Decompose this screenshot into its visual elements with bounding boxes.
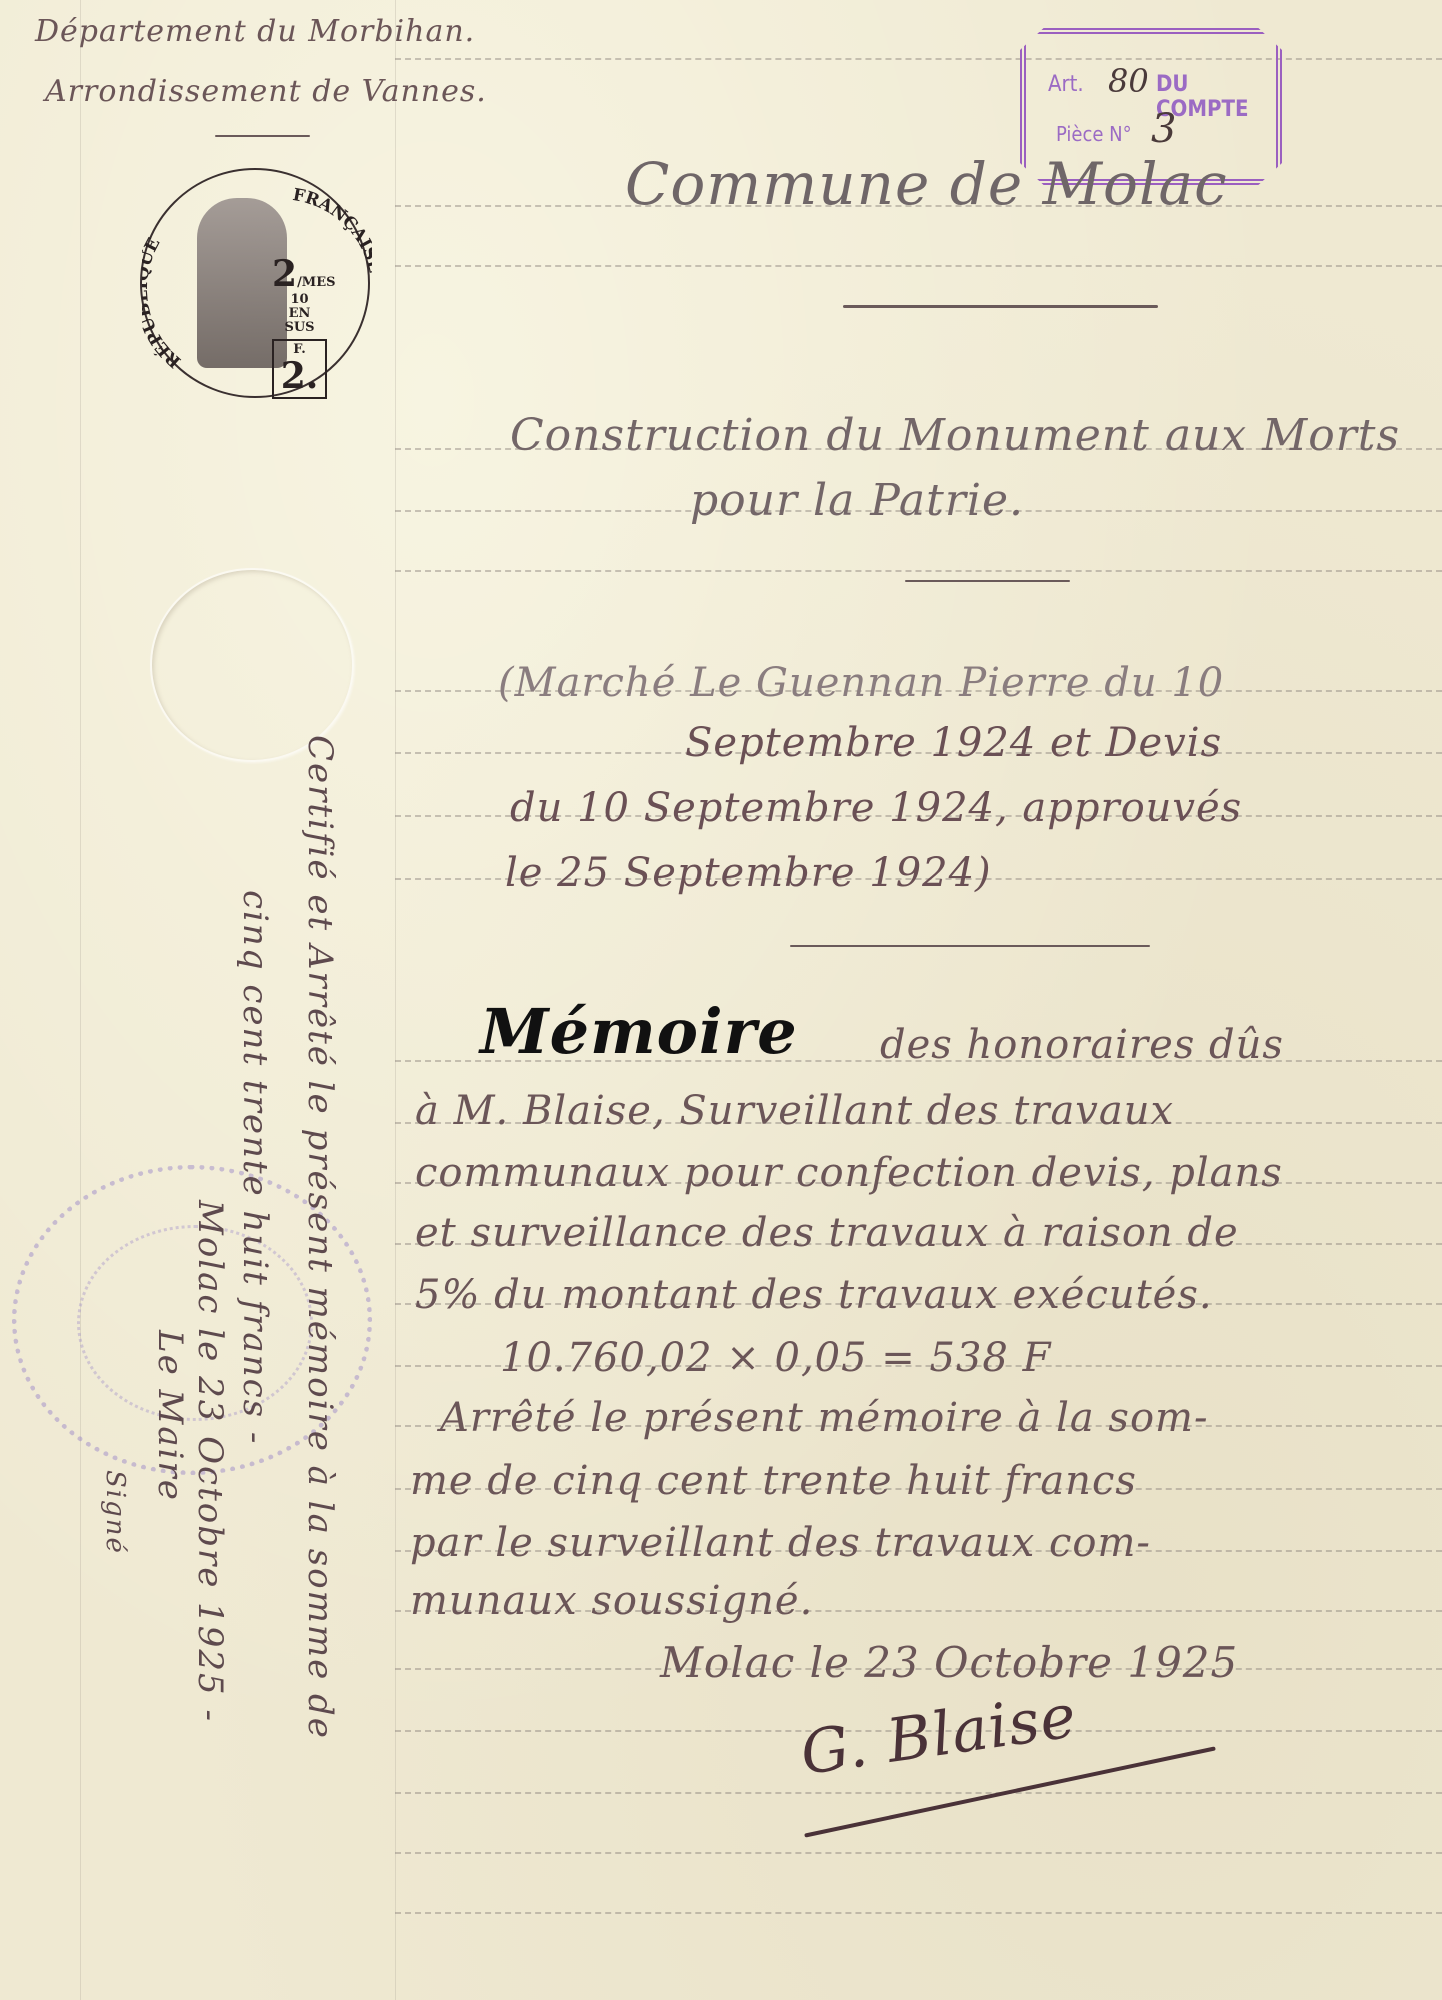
margin-annotation-line-5: Signé — [100, 1470, 130, 1555]
margin-annotation-line-4: Le Maire — [150, 1330, 190, 1502]
stamp-republique: RÉPUBLIQUE — [142, 235, 185, 372]
arrete-line-3: par le surveillant des travaux com- — [410, 1520, 1151, 1566]
reference-line-2: Septembre 1924 et Devis — [685, 720, 1222, 766]
memoire-line-2: communaux pour confection devis, plans — [415, 1150, 1283, 1196]
margin-annotation-line-2: cinq cent trente huit francs - — [235, 890, 275, 1445]
calculation: 10.760,02 × 0,05 = 538 F — [500, 1335, 1051, 1381]
arrete-line-4: munaux soussigné. — [410, 1578, 813, 1624]
ruled-line — [395, 570, 1442, 572]
ruled-line — [395, 1792, 1442, 1794]
svg-text:RÉPUBLIQUE: RÉPUBLIQUE — [142, 235, 185, 372]
separator — [843, 305, 1158, 308]
ruled-line — [395, 1852, 1442, 1854]
memoire-title: Mémoire — [480, 995, 798, 1068]
ruled-line — [395, 265, 1442, 267]
fiscal-stamp: RÉPUBLIQUE FRANÇAISE 2/MES 10 EN SUS F. … — [140, 168, 370, 398]
separator — [905, 580, 1070, 582]
stamp-decimes: 2 — [272, 253, 297, 295]
stamp-piece-number: 3 — [1151, 106, 1176, 152]
subject-line-1: Construction du Monument aux Morts — [510, 410, 1400, 461]
stamp-en-sus: EN SUS — [272, 307, 327, 335]
stamp-art-label: Art. — [1048, 72, 1084, 97]
reference-line-1: (Marché Le Guennan Pierre du 10 — [498, 660, 1224, 706]
signature: G. Blaise — [796, 1681, 1081, 1789]
reference-line-3: du 10 Septembre 1924, approuvés — [510, 785, 1242, 831]
ruled-line — [395, 58, 1442, 60]
ruled-line — [395, 1912, 1442, 1914]
stamp-piece-label: Pièce N° — [1056, 122, 1132, 146]
stamp-value-box: 2/MES 10 EN SUS F. 2. — [272, 255, 327, 399]
commune-title: Commune de Molac — [625, 150, 1228, 218]
arrondissement-heading: Arrondissement de Vannes. — [45, 74, 487, 109]
margin-line — [80, 0, 81, 2000]
arrete-line-1: Arrêté le présent mémoire à la som- — [440, 1395, 1208, 1441]
embossed-seal — [150, 568, 354, 762]
stamp-franc-value: 2. — [274, 357, 325, 395]
place-date: Molac le 23 Octobre 1925 — [660, 1638, 1238, 1687]
reference-line-4: le 25 Septembre 1924) — [505, 850, 992, 896]
memoire-line-3: et surveillance des travaux à raison de — [415, 1210, 1239, 1256]
separator — [215, 135, 310, 137]
memoire-line-0: des honoraires dûs — [880, 1022, 1284, 1068]
margin-annotation-line-1: Certifié et Arrêté le présent mémoire à … — [300, 735, 340, 1740]
arrete-line-2: me de cinq cent trente huit francs — [410, 1458, 1137, 1504]
memoire-line-4: 5% du montant des travaux exécutés. — [415, 1272, 1213, 1318]
subject-line-2: pour la Patrie. — [690, 475, 1024, 526]
stamp-decimes-suffix: /MES — [297, 275, 335, 290]
memoire-line-1: à M. Blaise, Surveillant des travaux — [415, 1088, 1174, 1134]
department-heading: Département du Morbihan. — [35, 14, 475, 49]
margin-annotation-line-3: Molac le 23 Octobre 1925 - — [190, 1200, 230, 1723]
stamp-decimes-den: 10 — [272, 293, 327, 307]
margin-line — [395, 0, 396, 2000]
stamp-art-number: 80 — [1108, 62, 1149, 100]
separator — [790, 945, 1150, 947]
